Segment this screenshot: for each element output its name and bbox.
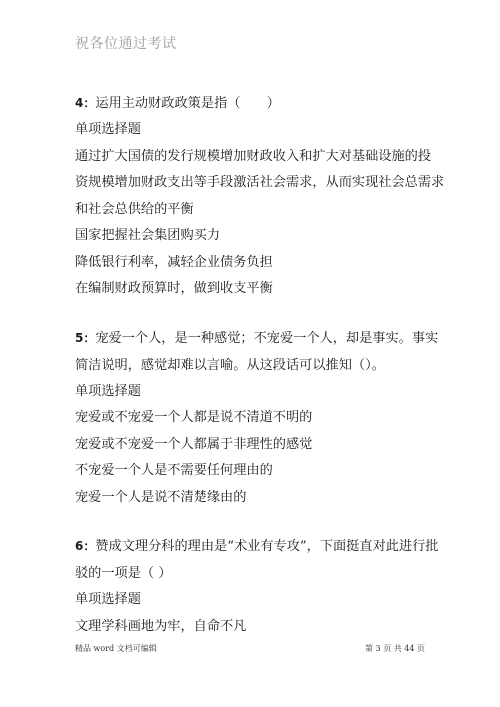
question-title: 4：运用主动财政政策是指（ ） [75, 90, 445, 117]
option: 降低银行利率，减轻企业债务负担 [75, 250, 445, 277]
option: 在编制财政预算时，做到收支平衡 [75, 276, 445, 303]
question-5: 5：宠爱一个人，是一种感觉；不宠爱一个人，却是事实。事实简洁说明，感觉却难以言喻… [75, 325, 445, 512]
question-text: 运用主动财政政策是指（ ） [95, 96, 280, 111]
option: 通过扩大国债的发行规模增加财政收入和扩大对基础设施的投 [75, 144, 445, 171]
question-type: 单项选择题 [75, 587, 445, 614]
question-title: 5：宠爱一个人，是一种感觉；不宠爱一个人，却是事实。事实简洁说明，感觉却难以言喻… [75, 325, 445, 379]
option: 宠爱或不宠爱一个人都是说不清道不明的 [75, 405, 445, 432]
page-number: 第 3 页 共 44 页 [365, 643, 425, 654]
question-text: 宠爱一个人，是一种感觉；不宠爱一个人，却是事实。事实简洁说明，感觉却难以言喻。从… [75, 331, 438, 373]
question-type: 单项选择题 [75, 117, 445, 144]
option: 资规模增加财政支出等手段激活社会需求，从而实现社会总需求 [75, 170, 445, 197]
document-body: 4：运用主动财政政策是指（ ） 单项选择题 通过扩大国债的发行规模增加财政收入和… [75, 90, 445, 658]
option: 国家把握社会集团购买力 [75, 223, 445, 250]
option: 宠爱一个人是说不清楚缘由的 [75, 485, 445, 512]
question-number: 5： [75, 331, 95, 345]
question-number: 4： [75, 96, 95, 110]
option: 宠爱或不宠爱一个人都属于非理性的感觉 [75, 432, 445, 459]
question-number: 6： [75, 539, 95, 553]
option: 和社会总供给的平衡 [75, 197, 445, 224]
option: 文理学科画地为牢，自命不凡 [75, 614, 445, 641]
question-text: 赞成文理分科的理由是“术业有专攻”，下面挺直对此进行批驳的一项是（ ） [75, 539, 439, 581]
option: 不宠爱一个人是不需要任何理由的 [75, 458, 445, 485]
page-header: 祝各位通过考试 [75, 33, 177, 53]
question-4: 4：运用主动财政政策是指（ ） 单项选择题 通过扩大国债的发行规模增加财政收入和… [75, 90, 445, 303]
question-type: 单项选择题 [75, 379, 445, 406]
question-6: 6：赞成文理分科的理由是“术业有专攻”，下面挺直对此进行批驳的一项是（ ） 单项… [75, 533, 445, 640]
footer-note: 精品 word 文档可编辑 [75, 643, 157, 654]
question-title: 6：赞成文理分科的理由是“术业有专攻”，下面挺直对此进行批驳的一项是（ ） [75, 533, 445, 587]
